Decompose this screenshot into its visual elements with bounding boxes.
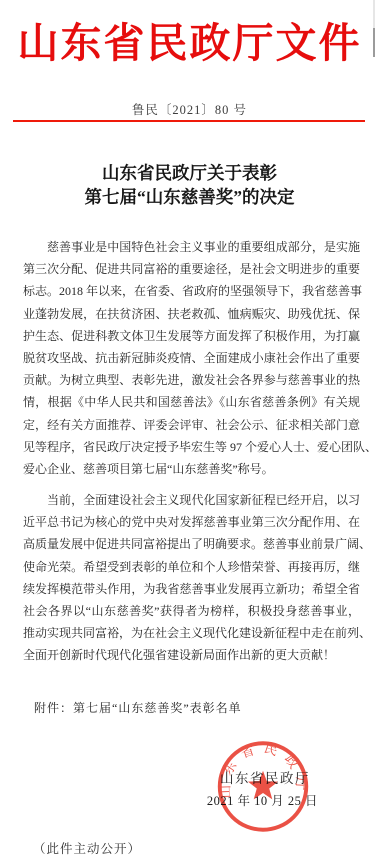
body-line: 情，根据《中华人民共和国慈善法》《山东省慈善条例》有关规 xyxy=(23,391,360,413)
scrollbar-thumb[interactable] xyxy=(373,28,375,57)
doc-title: 山东省民政厅关于表彰 第七届“山东慈善奖”的决定 xyxy=(0,161,379,209)
body-line: 第三次分配、促进共同富裕的重要途径，是社会文明进步的重要 xyxy=(23,258,360,280)
body-line: 续发挥模范带头作用，为我省慈善事业发展再立新功；希望全省 xyxy=(23,578,360,600)
doc-title-line2: 第七届“山东慈善奖”的决定 xyxy=(0,185,379,209)
body-line: 爱心企业、慈善项目第七届“山东慈善奖”称号。 xyxy=(23,458,360,480)
body-line: 高质量发展中促进共同富裕提出了明确要求。慈善事业前景广阔、 xyxy=(23,533,360,555)
doc-title-line1: 山东省民政厅关于表彰 xyxy=(0,161,379,185)
document-page: 山东省民政厅文件 鲁民〔2021〕80 号 山东省民政厅关于表彰 第七届“山东慈… xyxy=(0,0,379,860)
body-line: 近平总书记为核心的党中央对发挥慈善事业第三次分配作用、在 xyxy=(23,511,360,533)
signature-org: 山东省民政厅 xyxy=(220,767,310,787)
body-line: 脱贫攻坚战、抗击新冠肺炎疫情、全面建成小康社会作出了重要 xyxy=(23,347,360,369)
body-line: 当前，全面建设社会主义现代化国家新征程已经开启，以习 xyxy=(23,489,360,511)
body-line: 贡献。为树立典型、表彰先进，激发社会各界参与慈善事业的热 xyxy=(23,369,360,391)
body-line: 标志。2018 年以来，在省委、省政府的坚强领导下，我省慈善事 xyxy=(23,280,360,302)
body-line: 慈善事业是中国特色社会主义事业的重要组成部分，是实施 xyxy=(23,236,360,258)
body-line: 护生态、促进科教文体卫生发展等方面发挥了积极作用，为打赢 xyxy=(23,325,360,347)
signature-date: 2021 年 10 月 25 日 xyxy=(207,791,318,809)
paragraph: 当前，全面建设社会主义现代化国家新征程已经开启，以习近平总书记为核心的党中央对发… xyxy=(23,489,360,667)
header-title: 山东省民政厅文件 xyxy=(0,10,379,69)
footer-note: （此件主动公开） xyxy=(33,839,141,857)
attachment-line: 附件：第七届“山东慈善奖”表彰名单 xyxy=(23,699,360,716)
red-divider xyxy=(13,120,365,122)
body-line: 定，经有关方面推荐、评委会评审、社会公示、征求相关部门意 xyxy=(23,414,360,436)
body-line: 社会各界以“山东慈善奖”获得者为榜样，积极投身慈善事业， xyxy=(23,600,360,622)
body-line: 业蓬勃发展，在扶贫济困、扶老救孤、恤病赈灾、助残优抚、保 xyxy=(23,303,360,325)
body-line: 见等程序，省民政厅决定授予毕宏生等 97 个爱心人士、爱心团队、 xyxy=(23,436,360,458)
doc-number: 鲁民〔2021〕80 号 xyxy=(0,100,379,118)
paragraph: 慈善事业是中国特色社会主义事业的重要组成部分，是实施第三次分配、促进共同富裕的重… xyxy=(23,236,360,480)
body-line: 推动实现共同富裕，为在社会主义现代化建设新征程中走在前列、 xyxy=(23,622,360,644)
body-text: 慈善事业是中国特色社会主义事业的重要组成部分，是实施第三次分配、促进共同富裕的重… xyxy=(23,236,360,667)
body-line: 使命光荣。希望受到表彰的单位和个人珍惜荣誉、再接再厉，继 xyxy=(23,556,360,578)
body-line: 全面开创新时代现代化强省建设新局面作出新的更大贡献！ xyxy=(23,644,360,666)
